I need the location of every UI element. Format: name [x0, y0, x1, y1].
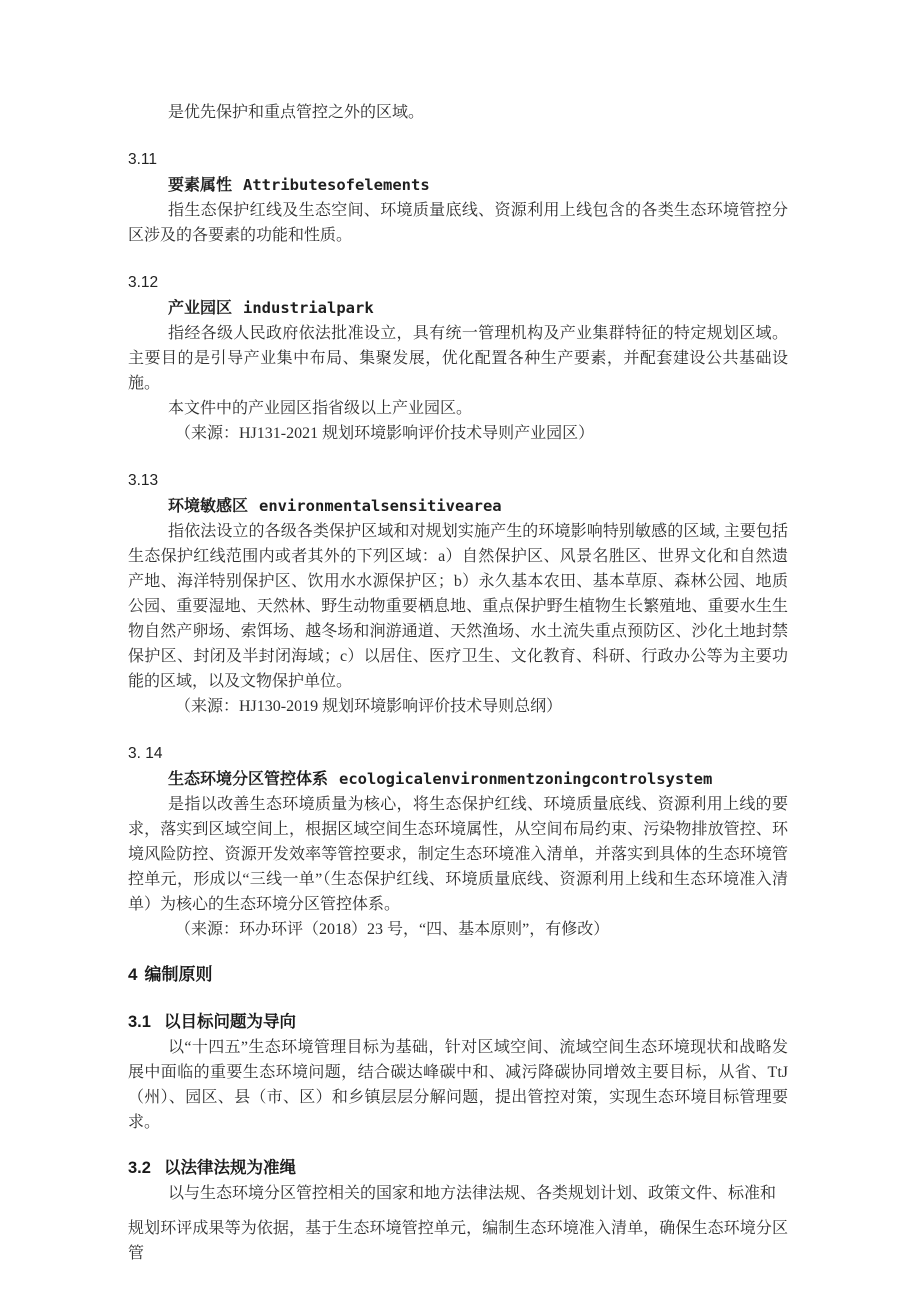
term-heading: 要素属性 Attributesofelements	[128, 173, 788, 198]
definition-paragraph: 指生态保护红线及生态空间、环境质量底线、资源利用上线包含的各类生态环境管控分区涉…	[128, 198, 788, 248]
subsection-title: 以法律法规为准绳	[164, 1158, 296, 1177]
section-3-13: 3.13 环境敏感区 environmentalsensitivearea 指依…	[128, 468, 788, 719]
document-page: 是优先保护和重点管控之外的区域。 3.11 要素属性 Attributesofe…	[0, 0, 920, 1301]
chapter-title: 编制原则	[144, 965, 212, 984]
term-text-en: industrialpark	[243, 299, 374, 317]
term-text-zh: 产业园区	[168, 300, 232, 317]
section-number: 3.11	[128, 147, 788, 172]
subsection-3-1: 3.1以目标问题为导向 以“十四五”生态环境管理目标为基础，针对区域空间、流域空…	[128, 1009, 788, 1135]
body-paragraph-continued: 规划环评成果等为依据，基于生态环境管控单元，编制生态环境准入清单，确保生态环境分…	[128, 1216, 788, 1266]
subsection-heading-3-1: 3.1以目标问题为导向	[128, 1009, 788, 1035]
section-3-11: 3.11 要素属性 Attributesofelements 指生态保护红线及生…	[128, 147, 788, 248]
term-text-zh: 要素属性	[168, 177, 232, 194]
definition-paragraph: 指依法设立的各级各类保护区域和对规划实施产生的环境影响特别敏感的区域, 主要包括…	[128, 519, 788, 694]
term-text-zh: 生态环境分区管控体系	[168, 771, 328, 788]
term-heading: 生态环境分区管控体系 ecologicalenvironmentzoningco…	[128, 767, 788, 792]
chapter-number: 4	[128, 965, 137, 984]
source-note: （来源：HJ130-2019 规划环境影响评价技术导则总纲）	[128, 694, 788, 719]
body-paragraph: 以与生态环境分区管控相关的国家和地方法律法规、各类规划计划、政策文件、标准和	[128, 1181, 788, 1206]
term-heading: 产业园区 industrialpark	[128, 296, 788, 321]
term-text-zh: 环境敏感区	[168, 498, 248, 515]
subsection-number: 3.1	[128, 1013, 151, 1031]
source-note: （来源：环办环评（2018）23 号，“四、基本原则”，有修改）	[128, 917, 788, 942]
section-3-12: 3.12 产业园区 industrialpark 指经各级人民政府依法批准设立，…	[128, 270, 788, 446]
definition-paragraph: 指经各级人民政府依法批准设立，具有统一管理机构及产业集群特征的特定规划区域。主要…	[128, 321, 788, 396]
subsection-3-2: 3.2以法律法规为准绳 以与生态环境分区管控相关的国家和地方法律法规、各类规划计…	[128, 1155, 788, 1266]
source-note: （来源：HJ131-2021 规划环境影响评价技术导则产业园区）	[128, 421, 788, 446]
section-3-14: 3. 14 生态环境分区管控体系 ecologicalenvironmentzo…	[128, 741, 788, 942]
subsection-number: 3.2	[128, 1159, 151, 1177]
intro-paragraph: 是优先保护和重点管控之外的区域。	[128, 100, 788, 125]
document-content: 是优先保护和重点管控之外的区域。 3.11 要素属性 Attributesofe…	[128, 100, 788, 1266]
term-text-en: Attributesofelements	[243, 176, 430, 194]
subsection-title: 以目标问题为导向	[164, 1012, 296, 1031]
section-number: 3. 14	[128, 741, 788, 766]
body-paragraph: 以“十四五”生态环境管理目标为基础，针对区域空间、流域空间生态环境现状和战略发展…	[128, 1035, 788, 1135]
definition-paragraph: 本文件中的产业园区指省级以上产业园区。	[128, 396, 788, 421]
section-number: 3.12	[128, 270, 788, 295]
term-heading: 环境敏感区 environmentalsensitivearea	[128, 494, 788, 519]
term-text-en: environmentalsensitivearea	[259, 497, 502, 515]
definition-paragraph: 是指以改善生态环境质量为核心，将生态保护红线、环境质量底线、资源利用上线的要求，…	[128, 792, 788, 917]
section-number: 3.13	[128, 468, 788, 493]
subsection-heading-3-2: 3.2以法律法规为准绳	[128, 1155, 788, 1181]
chapter-heading-4: 4编制原则	[128, 962, 788, 987]
term-text-en: ecologicalenvironmentzoningcontrolsystem	[339, 770, 712, 788]
